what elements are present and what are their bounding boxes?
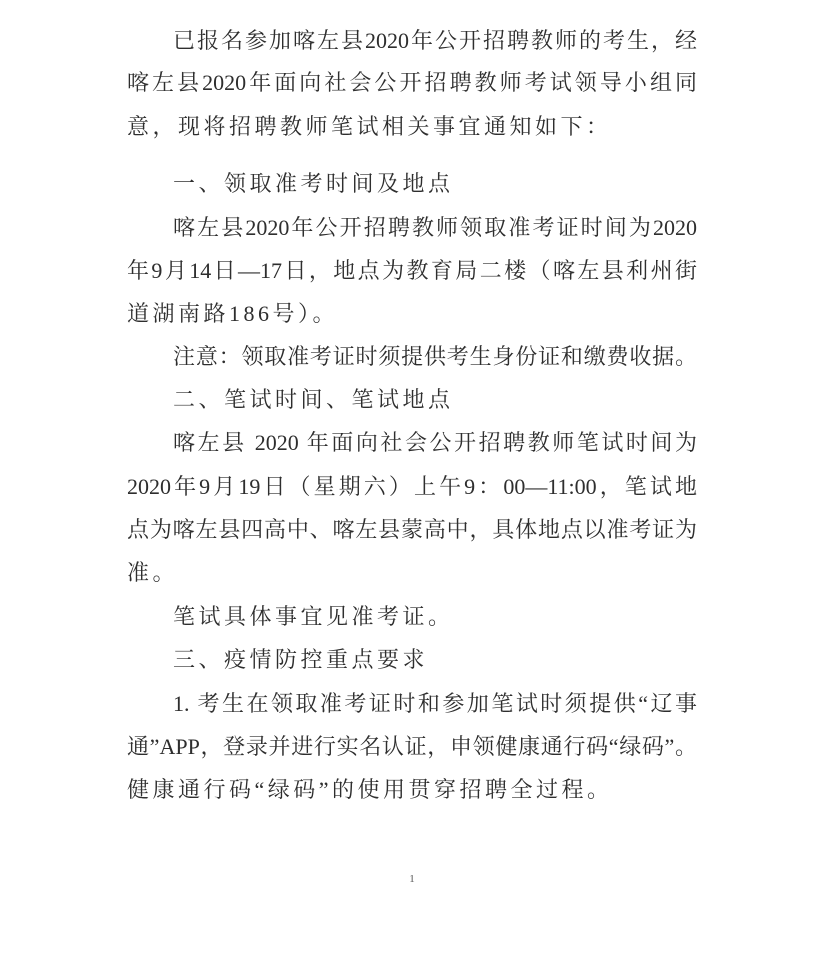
section-1-line-1: 喀左县2020年公开招聘教师领取准考证时间为2020: [173, 213, 697, 243]
note-line: 注意：领取准考证时须提供考生身份证和缴费收据。: [173, 342, 697, 372]
section-2-line-3: 点为喀左县四高中、喀左县蒙高中，具体地点以准考证为: [127, 515, 697, 545]
section-2-line-2: 2020年9月19日（星期六）上午9：00—11:00，笔试地: [127, 472, 697, 502]
cutoff-previous-line: —— —— —— —— ——: [245, 0, 485, 4]
exam-details-line: 笔试具体事宜见准考证。: [173, 602, 697, 632]
intro-line-2: 喀左县2020年面向社会公开招聘教师考试领导小组同: [127, 68, 697, 98]
section-1-line-2: 年9月14日—17日，地点为教育局二楼（喀左县利州街: [127, 256, 697, 286]
section-heading-1: 一、领取准考时间及地点: [173, 169, 697, 199]
section-2-line-4: 准。: [127, 558, 697, 588]
section-3-line-2: 通”APP，登录并进行实名认证，申领健康通行码“绿码”。: [127, 732, 697, 762]
section-1-line-3: 道湖南路186号）。: [127, 299, 697, 329]
intro-line-1: 已报名参加喀左县2020年公开招聘教师的考生，经: [173, 26, 697, 56]
section-heading-3: 三、疫情防控重点要求: [173, 645, 697, 675]
intro-line-3: 意，现将招聘教师笔试相关事宜通知如下：: [127, 112, 697, 142]
document-page: —— —— —— —— —— 已报名参加喀左县2020年公开招聘教师的考生，经 …: [0, 0, 827, 971]
section-2-line-1: 喀左县 2020 年面向社会公开招聘教师笔试时间为: [173, 428, 697, 458]
section-3-line-3: 健康通行码“绿码”的使用贯穿招聘全过程。: [127, 775, 697, 805]
section-3-line-1: 1. 考生在领取准考证时和参加笔试时须提供“辽事: [173, 689, 697, 719]
section-heading-2: 二、笔试时间、笔试地点: [173, 385, 697, 415]
page-number: 1: [404, 872, 420, 886]
